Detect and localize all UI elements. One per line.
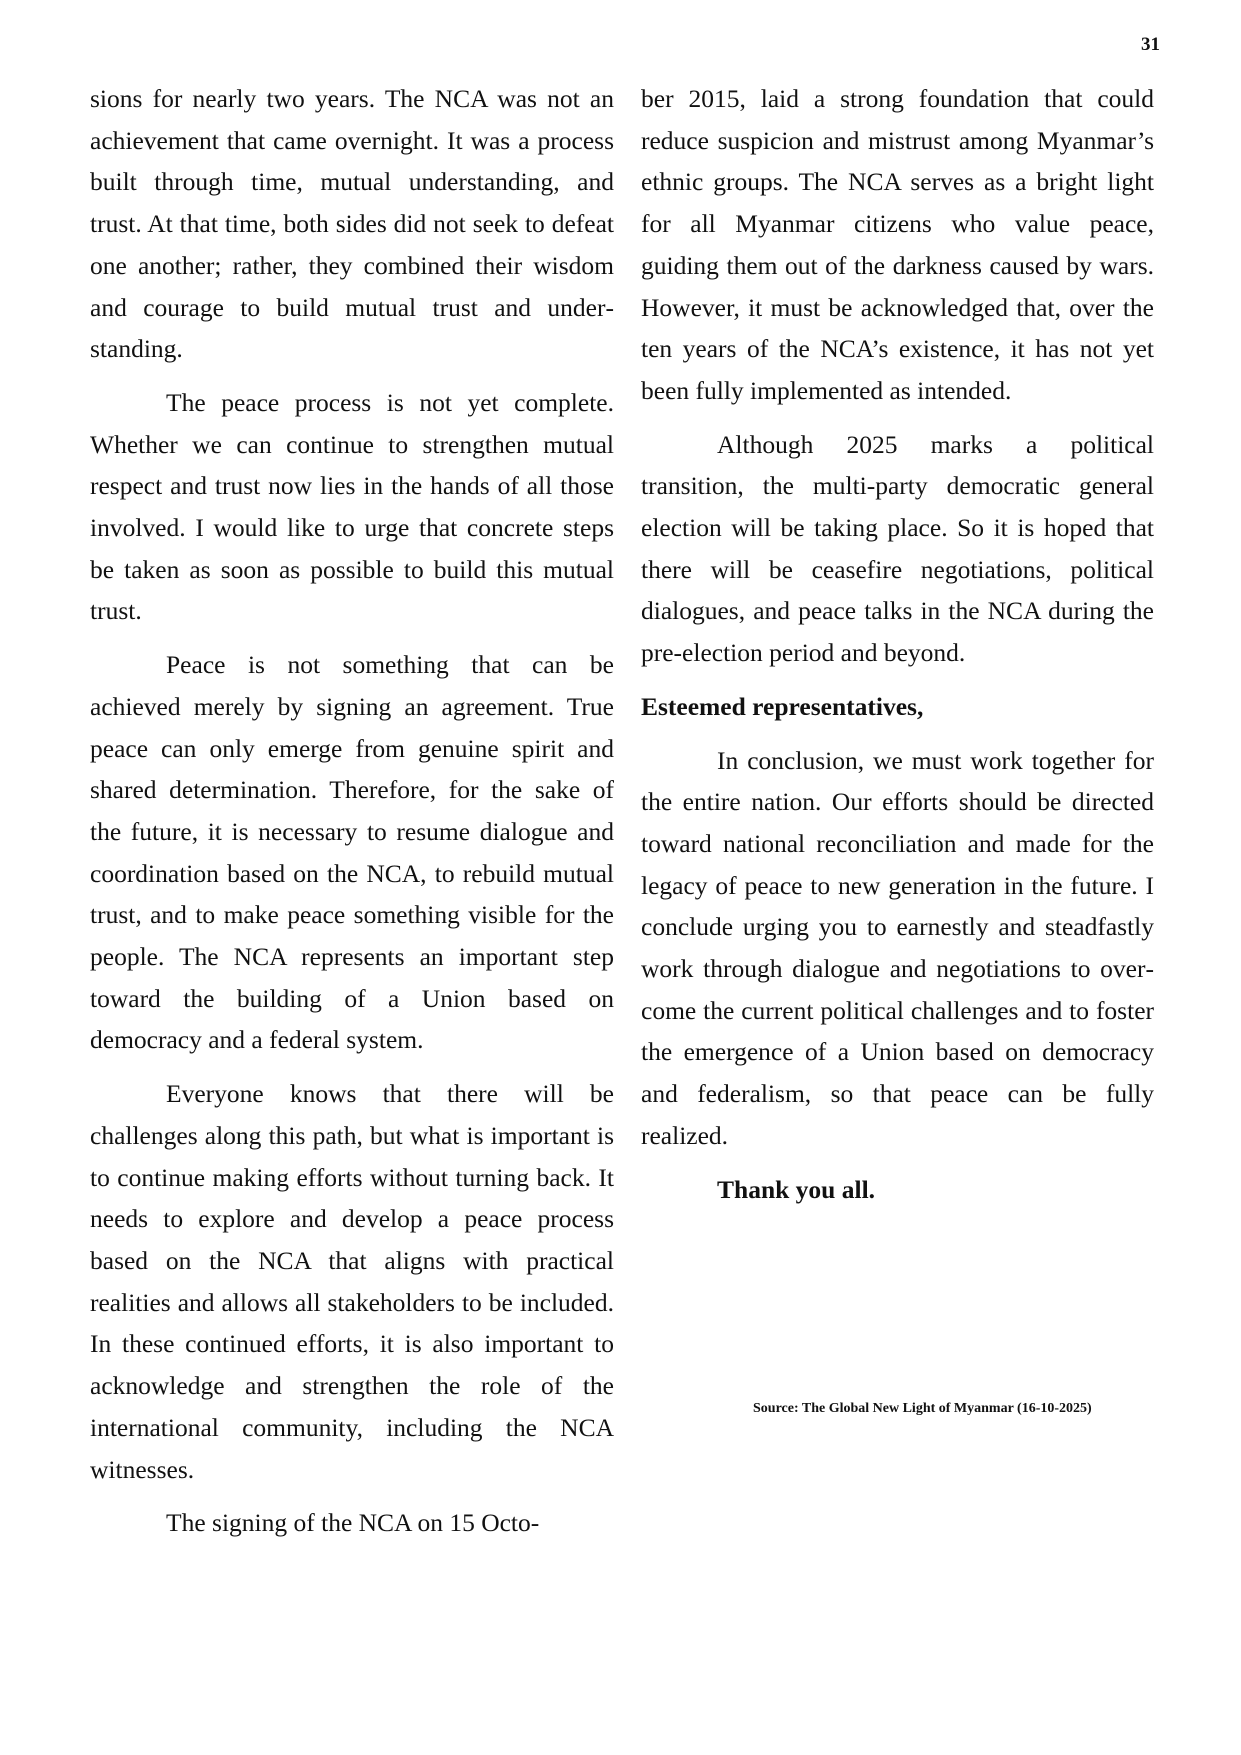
paragraph: In conclusion, we must work togeth­er fo… bbox=[641, 740, 1154, 1157]
page-number: 31 bbox=[1141, 34, 1160, 56]
paragraph: Peace is not something that can be achie… bbox=[90, 644, 614, 1061]
paragraph: The peace process is not yet com­plete. … bbox=[90, 382, 614, 632]
paragraph: The signing of the NCA on 15 Octo- bbox=[90, 1502, 614, 1544]
left-column: sions for nearly two years. The NCA was … bbox=[90, 78, 614, 1556]
right-column: ber 2015, laid a strong foundation that … bbox=[641, 78, 1154, 1222]
paragraph: Everyone knows that there will be challe… bbox=[90, 1073, 614, 1490]
source-note: Source: The Global New Light of Myanmar … bbox=[753, 1401, 1092, 1417]
section-heading: Esteemed representatives, bbox=[641, 686, 1154, 728]
closing-line: Thank you all. bbox=[641, 1169, 1154, 1211]
paragraph: ber 2015, laid a strong foundation that … bbox=[641, 78, 1154, 412]
paragraph: Although 2025 marks a political transiti… bbox=[641, 424, 1154, 674]
paragraph: sions for nearly two years. The NCA was … bbox=[90, 78, 614, 370]
